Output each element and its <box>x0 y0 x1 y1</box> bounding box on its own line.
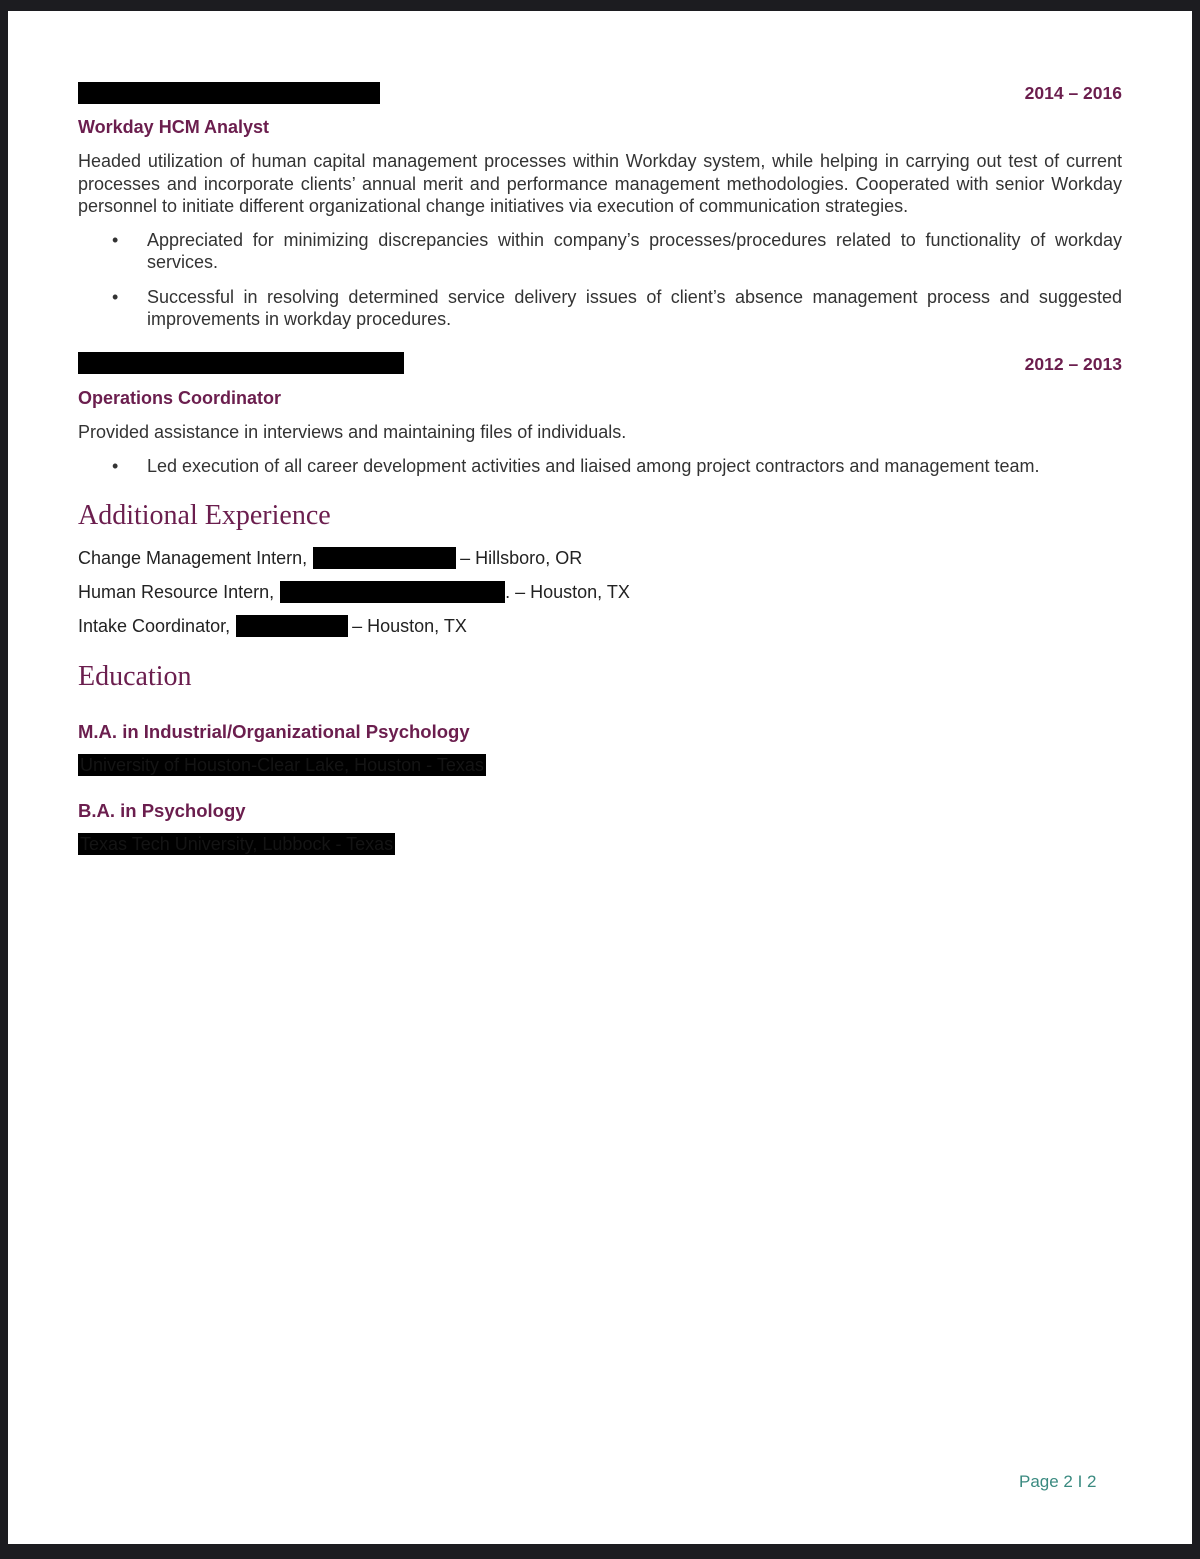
job-title: Workday HCM Analyst <box>78 117 269 138</box>
job-bullet: • Appreciated for minimizing discrepanci… <box>78 229 1122 273</box>
bullet-icon: • <box>112 455 118 477</box>
school-name-redacted: Texas Tech University, Lubbock - Texas <box>78 833 395 855</box>
bullet-icon: • <box>112 229 118 251</box>
additional-experience-item: Change Management Intern, – Hillsboro, O… <box>78 547 582 569</box>
redacted-employer-name <box>78 82 380 104</box>
redacted-organization <box>236 615 348 637</box>
page-number: Page 2 I 2 <box>1019 1472 1097 1492</box>
degree-title: M.A. in Industrial/Organizational Psycho… <box>78 721 470 743</box>
resume-page: 2014 – 2016 Workday HCM Analyst Headed u… <box>8 11 1192 1544</box>
section-heading-additional-experience: Additional Experience <box>78 500 331 532</box>
job-title: Operations Coordinator <box>78 388 281 409</box>
redacted-organization <box>280 581 505 603</box>
job-summary: Headed utilization of human capital mana… <box>78 150 1122 218</box>
bullet-icon: • <box>112 286 118 308</box>
degree-title: B.A. in Psychology <box>78 800 246 822</box>
redacted-organization <box>313 547 456 569</box>
redacted-employer-name <box>78 352 404 374</box>
school-name-redacted: University of Houston-Clear Lake, Housto… <box>78 754 486 776</box>
job-bullet: • Successful in resolving determined ser… <box>78 286 1122 330</box>
job-dates: 2014 – 2016 <box>1025 83 1122 104</box>
section-heading-education: Education <box>78 661 192 693</box>
additional-experience-item: Intake Coordinator, – Houston, TX <box>78 615 467 637</box>
additional-experience-item: Human Resource Intern, . – Houston, TX <box>78 581 630 603</box>
job-bullet: • Led execution of all career developmen… <box>78 455 1122 477</box>
job-summary: Provided assistance in interviews and ma… <box>78 421 1122 444</box>
job-dates: 2012 – 2013 <box>1025 354 1122 375</box>
